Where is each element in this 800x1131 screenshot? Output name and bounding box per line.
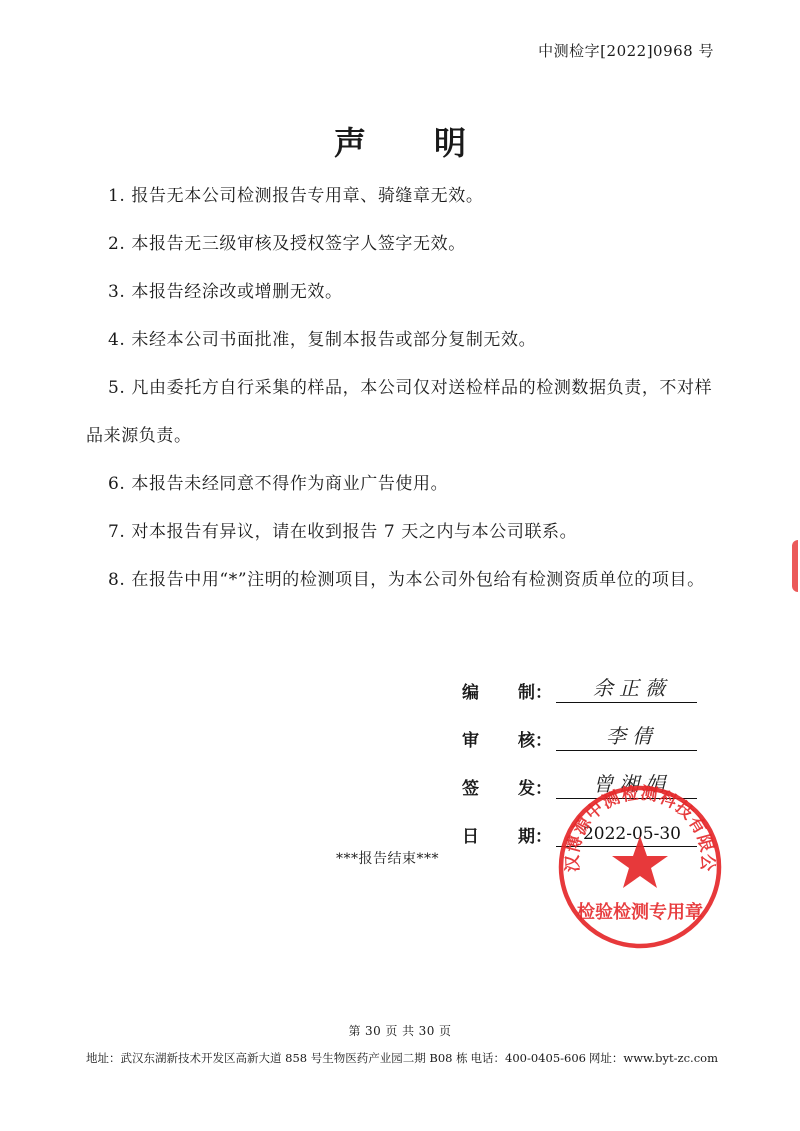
signature-underline xyxy=(556,750,697,751)
handwritten-signature: 余正薇 xyxy=(572,672,692,701)
footer-phone: 电话：400-0405-606 xyxy=(471,1050,586,1066)
page-number: 第30页 共30页 xyxy=(0,1022,800,1039)
clause-item: 5.凡由委托方自行采集的样品，本公司仅对送检样品的检测数据负责，不对样品来源负责… xyxy=(86,364,718,460)
report-end-mark: ***报告结束*** xyxy=(336,848,439,868)
signature-row-reviewer: 审 核： 李倩 xyxy=(462,720,722,768)
title-char-1: 声 xyxy=(334,124,366,162)
signature-row-compiler: 编 制： 余正薇 xyxy=(462,672,722,720)
declaration-list: 1.报告无本公司检测报告专用章、骑缝章无效。 2.本报告无三级审核及授权签字人签… xyxy=(86,172,718,604)
clause-item: 1.报告无本公司检测报告专用章、骑缝章无效。 xyxy=(86,172,718,220)
clause-item: 3.本报告经涂改或增删无效。 xyxy=(86,268,718,316)
clause-item: 6.本报告未经同意不得作为商业广告使用。 xyxy=(86,460,718,508)
handwritten-signature: 李倩 xyxy=(572,720,692,749)
issue-date: 2022-05-30 xyxy=(572,824,692,844)
signature-underline xyxy=(556,798,697,799)
seal-purpose: 检验检测专用章 xyxy=(577,901,703,923)
handwritten-signature: 曾湘娟 xyxy=(572,768,692,797)
signature-row-issuer: 签 发： 曾湘娟 xyxy=(462,768,722,816)
clause-item: 8.在报告中用“*”注明的检测项目，为本公司外包给有检测资质单位的项目。 xyxy=(86,556,718,604)
signature-underline xyxy=(556,702,697,703)
report-number: 中测检字[2022]0968 号 xyxy=(538,40,714,61)
clause-item: 4.未经本公司书面批准，复制本报告或部分复制无效。 xyxy=(86,316,718,364)
signature-row-date: 日 期： 2022-05-30 xyxy=(462,816,722,864)
footer-address: 地址：武汉东湖新技术开发区高新大道 858 号生物医药产业园二期 B08 栋 xyxy=(86,1050,468,1066)
title-char-2: 明 xyxy=(434,124,466,162)
footer-contact: 地址：武汉东湖新技术开发区高新大道 858 号生物医药产业园二期 B08 栋 电… xyxy=(86,1050,718,1066)
signature-block: 编 制： 余正薇 审 核： 李倩 签 发： 曾湘娟 日 期： 2022-05-3… xyxy=(462,672,722,864)
signature-underline xyxy=(556,846,697,847)
clause-item: 7.对本报告有异议，请在收到报告 7 天之内与本公司联系。 xyxy=(86,508,718,556)
perforation-seal-fragment xyxy=(792,540,798,592)
page-title: 声明 xyxy=(0,118,800,164)
footer-website: 网址：www.byt-zc.com xyxy=(589,1050,718,1066)
clause-item: 2.本报告无三级审核及授权签字人签字无效。 xyxy=(86,220,718,268)
